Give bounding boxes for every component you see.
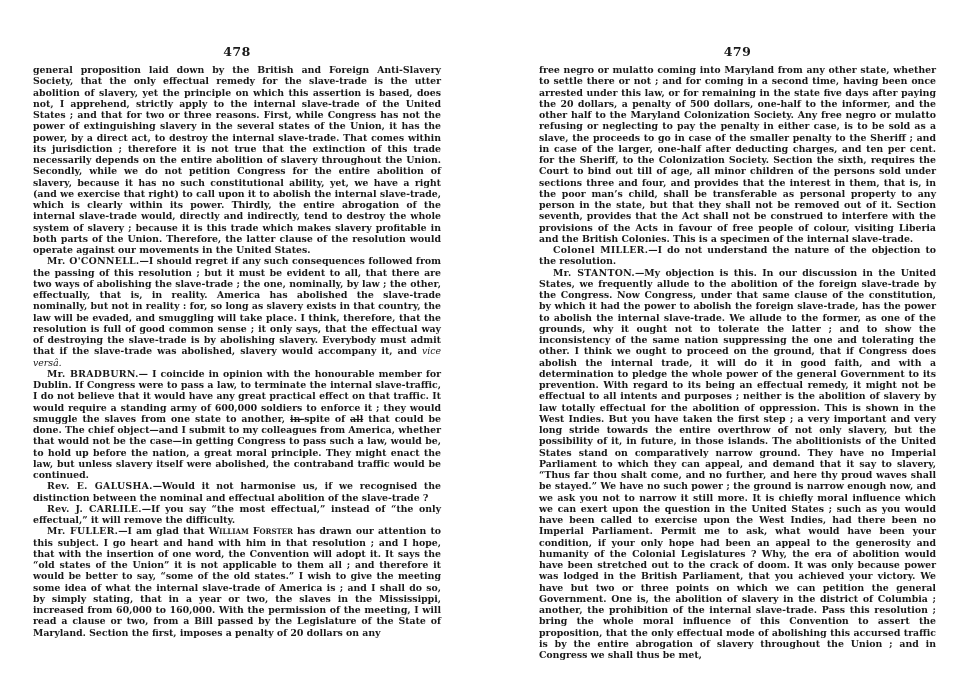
speaker-name: Colonel MILLER. — [553, 245, 648, 256]
struck-text: all — [350, 414, 363, 425]
speech-text: has drawn our attention to this subject.… — [33, 526, 441, 638]
speaker-name: Mr. FULLER. — [47, 526, 118, 537]
page-number: 478 — [33, 44, 441, 59]
speaker-name: Mr. BRADBURN. — [47, 369, 139, 380]
page-body: free negro or mulatto coming into Maryla… — [539, 65, 936, 661]
speech-text: —My objection is this. In our discussion… — [539, 268, 936, 662]
speech-text: spite of — [304, 414, 350, 425]
speech-stanton: Mr. STANTON.—My objection is this. In ou… — [539, 268, 936, 662]
speaker-name: Rev. E. GALUSHA. — [47, 481, 153, 492]
paragraph: general proposition laid down by the Bri… — [33, 65, 441, 256]
speech-galusha: Rev. E. GALUSHA.—Would it not harmonise … — [33, 481, 441, 504]
speech-miller: Colonel MILLER.—I do not understand the … — [539, 245, 936, 268]
struck-text: in- — [290, 414, 304, 425]
speech-text: —I should regret if any such consequence… — [33, 256, 441, 357]
smallcaps-name: William Forster — [209, 526, 293, 537]
speech-oconnell: Mr. O'CONNELL.—I should regret if any su… — [33, 256, 441, 369]
speech-bradburn: Mr. BRADBURN.— I coincide in opinion wit… — [33, 369, 441, 482]
speech-fuller: Mr. FULLER.—I am glad that William Forst… — [33, 526, 441, 639]
page-body: general proposition laid down by the Bri… — [33, 65, 441, 639]
speaker-name: Rev. J. CARLILE. — [47, 504, 142, 515]
speech-text: —I am glad that — [118, 526, 208, 537]
speaker-name: Mr. O'CONNELL. — [47, 256, 139, 267]
right-page: 479 free negro or mulatto coming into Ma… — [539, 0, 936, 692]
speech-carlile: Rev. J. CARLILE.—If you say “the most ef… — [33, 504, 441, 527]
paragraph-text: general proposition laid down by the Bri… — [33, 65, 441, 256]
page-number: 479 — [539, 44, 936, 59]
paragraph-text: free negro or mulatto coming into Maryla… — [539, 65, 936, 245]
paragraph: free negro or mulatto coming into Maryla… — [539, 65, 936, 245]
speaker-name: Mr. STANTON. — [553, 268, 635, 279]
left-page: 478 general proposition laid down by the… — [33, 0, 441, 692]
